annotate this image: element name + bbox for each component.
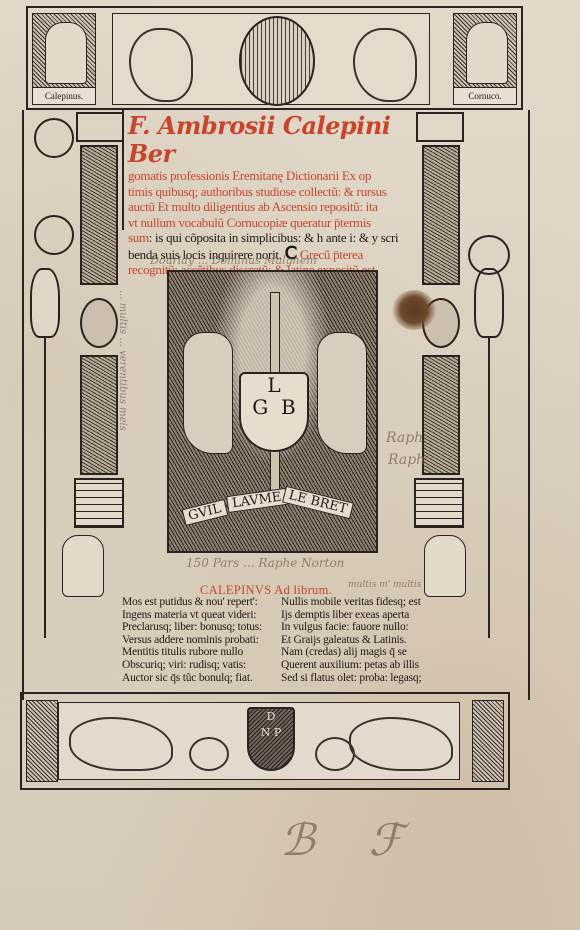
sun-mask-right-icon [472,700,504,782]
printer-arms-shield: D N P [247,707,295,771]
arms-letter: P [274,726,281,739]
portrait-caption-left: Calepinus. [33,87,95,104]
sun-mask-left-icon [26,700,58,782]
left-putto-figure [62,535,104,597]
right-pole [488,338,490,638]
cornucopia-author-portrait: Cornuco. [453,13,517,105]
banner-word: LAVME [226,488,287,513]
poem-verse: Nullis mobile veritas fidesq; est [281,596,421,609]
capital-ornament [416,112,464,142]
manuscript-note-near-poem: multis m' multis [348,580,421,590]
manuscript-note-margin: Raph [388,452,425,468]
right-border-rule [528,110,530,700]
arms-letter: N [261,726,271,739]
putto-on-horse-left [69,717,173,771]
scholar-medallion [239,16,315,106]
poem-verse: In vulgus facie: fauore nullo: [281,621,421,634]
manuscript-signature: ℬ ℱ [280,815,423,866]
portrait-figure [466,22,508,84]
poem-left-column: Mos est putidus & nou' repert': Ingens m… [122,596,262,684]
right-putto-figure [424,535,466,597]
dragon-left-icon [189,737,229,771]
manuscript-note-margin: Raph [386,430,423,446]
poem-verse: Et Graijs galeatus & Latinis. [281,634,421,647]
banner-word: LE BRET [282,486,354,519]
manuscript-note-left-vertical: ... multis ... verentibus meis [117,290,128,431]
ink-stain [392,290,436,330]
poem-verse: Obscuriq; viri: rudisq; vatis: [122,659,262,672]
dragon-left-icon [129,28,193,102]
left-pillar-upper [80,145,118,285]
monogram-row: G B [241,396,307,418]
dragon-right-icon [315,737,355,771]
title-author-line: F. Ambrosii Calepini Ber [128,112,414,168]
poem-verse: Versus addere nominis probati: [122,634,262,647]
dragon-right-icon [353,28,417,102]
title-line: vt nullum vocabulũ Cornucopiæ queratur p… [128,215,414,231]
manuscript-note-under-title: Dourlay ... Dominus Malghem [150,254,317,267]
banner-word: GVIL [182,499,228,526]
left-armor-trophy-icon [30,268,60,338]
poem-verse: Preclarusq; liber: bonusq; totus: [122,621,262,634]
poem-verse: Mos est putidus & nou' repert': [122,596,262,609]
title-line-mixed: sum: is qui cõposita in simplicibus: & h… [128,230,414,246]
right-pillar-lower [422,355,460,475]
poem-verse: Nam (credas) alij magis q̄ se [281,646,421,659]
title-black-fragment: : is qui cõposita in simplicibus: & h an… [149,230,399,245]
portrait-figure [45,22,87,84]
bottom-frieze-panel: D N P [58,702,460,780]
right-plinth [414,478,464,528]
bottom-woodcut-border: D N P [20,692,510,790]
right-armor-trophy-icon [474,268,504,338]
ornament-rosette-icon [34,118,74,158]
poem-verse: Ingens materia vt queat videri: [122,609,262,622]
ornament-rosette-icon [468,235,510,275]
title-line: gomatis professionis Eremitanę Dictionar… [128,168,414,184]
mermaid-right-figure [317,332,367,454]
arms-letter-row: N P [249,725,293,741]
title-page: Calepinus. Cornuco. F. Ambrosii Calepini… [0,0,580,930]
poem-right-column: Nullis mobile veritas fidesq; est Ijs de… [281,596,421,684]
poem-verse: Sed si flatus olet: proba: legasq; [281,672,421,685]
title-line: auctũ Et multo diligentius ab Ascensio r… [128,199,414,215]
monogram-shield: L G B [239,372,309,452]
poem-verse: Auctor sic q̄s tũc bonulq; fiat. [122,672,262,685]
manuscript-note-above-poem: 150 Pars ... Raphe Norton [186,556,344,570]
left-pillar-lower [80,355,118,475]
monogram-letter: G [252,395,268,419]
arms-letter: D [249,709,293,725]
monogram-letter: L [241,374,307,396]
poem-verse: Mentitis titulis rubore nullo [122,646,262,659]
title-line: timis quibusq; authoribus studiose colle… [128,184,414,200]
left-plinth [74,478,124,528]
poem-verse: Ijs demptis liber exeas aperta [281,609,421,622]
poem-verse: Querent auxilium: petas ab illis [281,659,421,672]
ornament-rosette-icon [34,215,74,255]
left-helmeted-head-roundel [80,298,118,348]
printers-device-woodcut: L G B GVIL LAVME LE BRET [167,270,378,553]
right-pillar-upper [422,145,460,285]
title-red-fragment: sum [128,230,149,245]
monogram-letter: B [281,395,296,419]
portrait-caption-right: Cornuco. [454,87,516,104]
left-pole [44,338,46,638]
capital-ornament [76,112,124,142]
mermaid-left-figure [183,332,233,454]
name-banner: GVIL LAVME LE BRET [183,490,363,526]
putto-on-horse-right [349,717,453,771]
top-woodcut-border: Calepinus. Cornuco. [26,6,523,110]
central-frieze [112,13,430,105]
title-block: F. Ambrosii Calepini Ber gomatis profess… [128,112,414,278]
calepinus-portrait: Calepinus. [32,13,96,105]
left-border-rule [22,110,24,700]
